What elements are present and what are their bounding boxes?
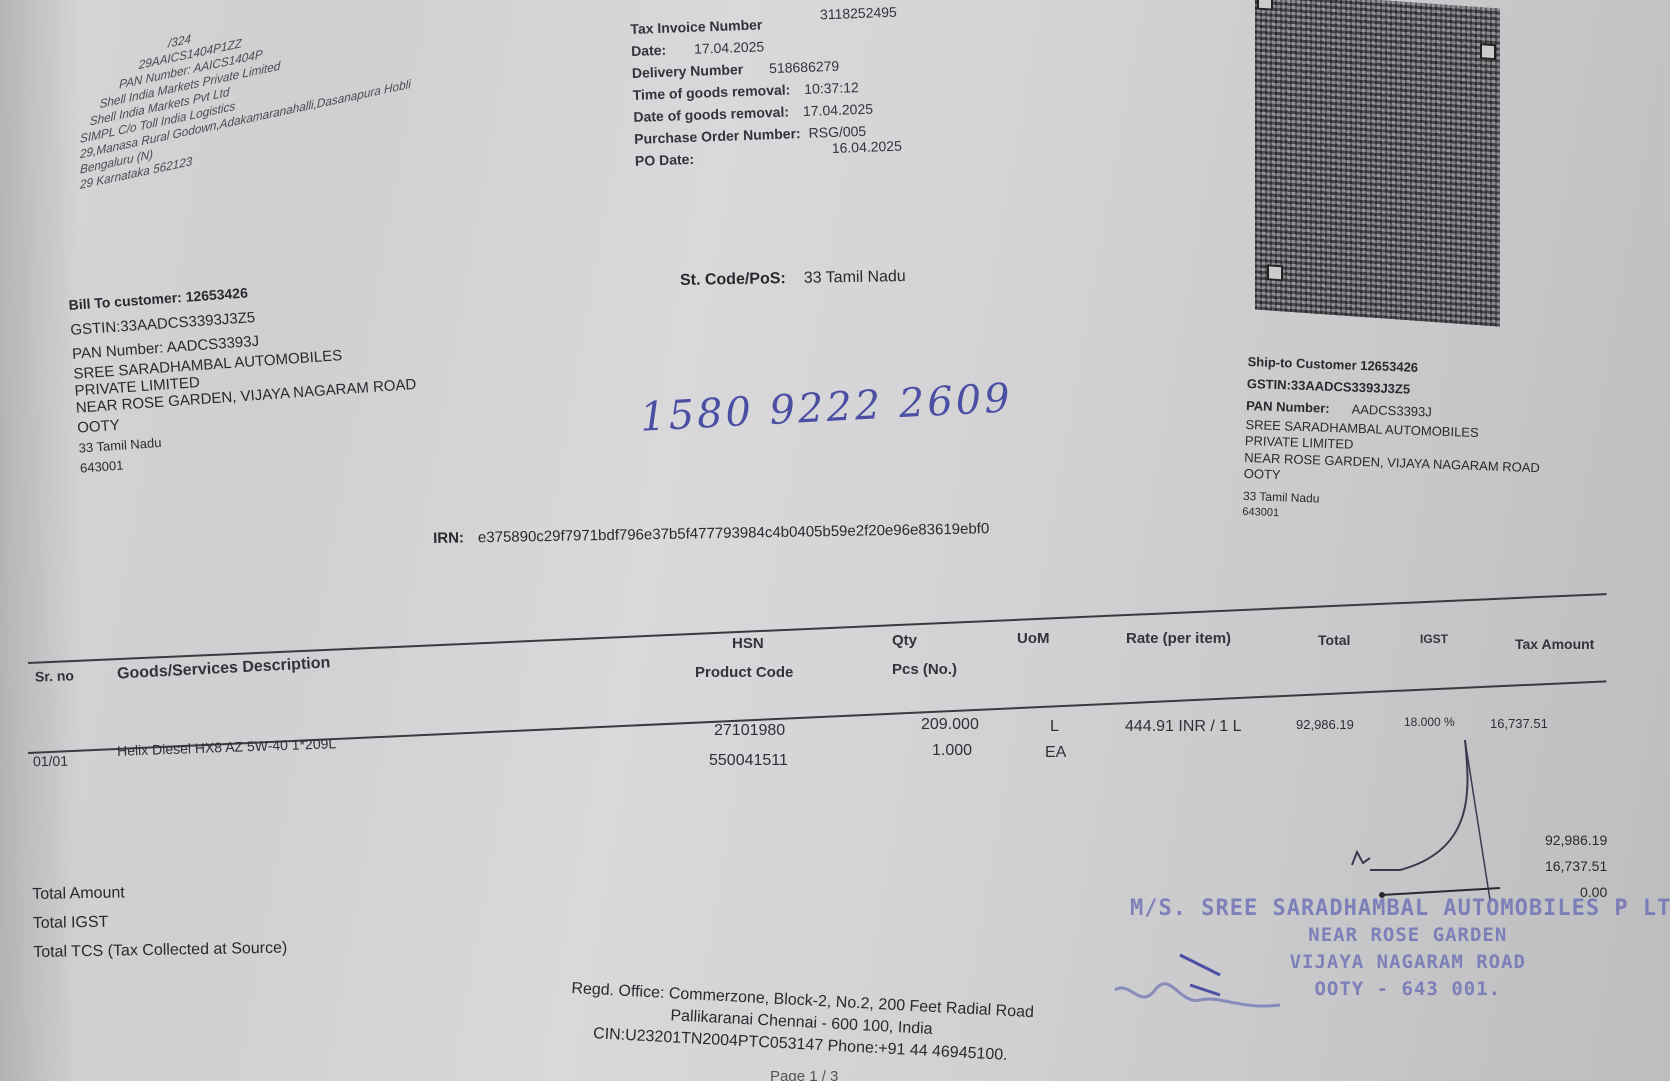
- col-tax-amount: Tax Amount: [1515, 636, 1594, 652]
- col-product-code: Product Code: [695, 664, 793, 681]
- handwritten-note: 1580 9222 2609: [639, 375, 1014, 440]
- row-igst: 18.000 %: [1404, 715, 1455, 729]
- row-product-code: 550041511: [709, 752, 788, 770]
- ship-to-pan-label: PAN Number:: [1246, 398, 1330, 416]
- qr-finder-icon: [1267, 264, 1283, 281]
- invoice-date: 17.04.2025: [694, 35, 765, 59]
- col-uom: UoM: [1017, 630, 1050, 647]
- ship-to-pan: AADCS3393J: [1351, 402, 1432, 420]
- col-rate: Rate (per item): [1126, 630, 1231, 647]
- total-igst: 16,737.51: [1540, 853, 1607, 879]
- row-description: Helix Diesel HX8 AZ 5W-40 1*209L: [117, 735, 337, 759]
- total-tcs-label: Total TCS (Tax Collected at Source): [33, 934, 287, 967]
- row-qty: 209.000: [921, 716, 979, 734]
- irn: IRN:e375890c29f7971bdf796e37b5f477793984…: [433, 520, 989, 547]
- registered-office-footer: Regd. Office: Commerzone, Block-2, No.2,…: [569, 978, 1035, 1068]
- signature-mark-icon: [1330, 730, 1510, 900]
- row-sr-no: 01/01: [33, 753, 68, 770]
- irn-value: e375890c29f7971bdf796e37b5f477793984c4b0…: [478, 520, 990, 546]
- page-number: Page 1 / 3: [770, 1068, 838, 1081]
- total-igst-label: Total IGST: [33, 905, 287, 938]
- invoice-meta: Tax Invoice Number 3118252495 Date: 17.0…: [630, 9, 902, 172]
- po-date: 16.04.2025: [831, 135, 902, 159]
- ship-to-gstin: GSTIN:33AADCS3393J3Z5: [1247, 376, 1411, 397]
- col-qty: Qty: [892, 632, 917, 649]
- stamp-line-2: NEAR ROSE GARDEN: [1130, 922, 1670, 949]
- place-of-supply-value: 33 Tamil Nadu: [804, 268, 906, 287]
- totals-values: 92,986.19 16,737.51 0.00: [1540, 827, 1607, 905]
- qr-code-icon: [1255, 0, 1500, 327]
- totals-labels: Total Amount Total IGST Total TCS (Tax C…: [32, 876, 288, 967]
- col-hsn: HSN: [732, 635, 764, 652]
- row-hsn: 27101980: [714, 722, 785, 740]
- bill-to-block: Bill To customer: 12653426 GSTIN:33AADCS…: [68, 271, 421, 478]
- row-uom: L: [1050, 718, 1059, 736]
- qr-finder-icon: [1257, 0, 1273, 11]
- time-removal: 10:37:12: [804, 76, 859, 100]
- row-pcs: 1.000: [932, 742, 972, 760]
- po-date-label: PO Date:: [635, 148, 695, 172]
- col-pcs: Pcs (No.): [892, 661, 957, 678]
- qr-finder-icon: [1480, 43, 1496, 60]
- row-rate: 444.91 INR / 1 L: [1125, 718, 1242, 736]
- tax-invoice-number: 3118252495: [820, 1, 898, 26]
- stamp-signature-icon: [1110, 950, 1310, 1030]
- irn-label: IRN:: [433, 529, 464, 547]
- place-of-supply-label: St. Code/PoS:: [680, 270, 786, 289]
- row-tax-amount: 16,737.51: [1490, 716, 1548, 731]
- date-removal: 17.04.2025: [803, 98, 874, 122]
- stamp-line-1: M/S. SREE SARADHAMBAL AUTOMOBILES P LTD: [1130, 895, 1670, 922]
- seller-block: /324 29AAICS1404P1ZZ PAN Number: AAICS14…: [80, 0, 411, 193]
- col-description: Goods/Services Description: [117, 654, 331, 683]
- row-uom-pcs: EA: [1045, 744, 1066, 762]
- place-of-supply: St. Code/PoS:33 Tamil Nadu: [680, 268, 906, 290]
- date-label: Date:: [631, 39, 667, 62]
- col-sr-no: Sr. no: [35, 667, 74, 684]
- total-amount: 92,986.19: [1540, 827, 1607, 853]
- ship-to-block: Ship-to Customer 12653426 GSTIN:33AADCS3…: [1242, 352, 1543, 528]
- col-igst: IGST: [1420, 632, 1448, 646]
- delivery-number: 518686279: [769, 55, 840, 79]
- table-top-rule: [28, 593, 1607, 663]
- col-total: Total: [1318, 632, 1350, 648]
- total-amount-label: Total Amount: [32, 876, 286, 909]
